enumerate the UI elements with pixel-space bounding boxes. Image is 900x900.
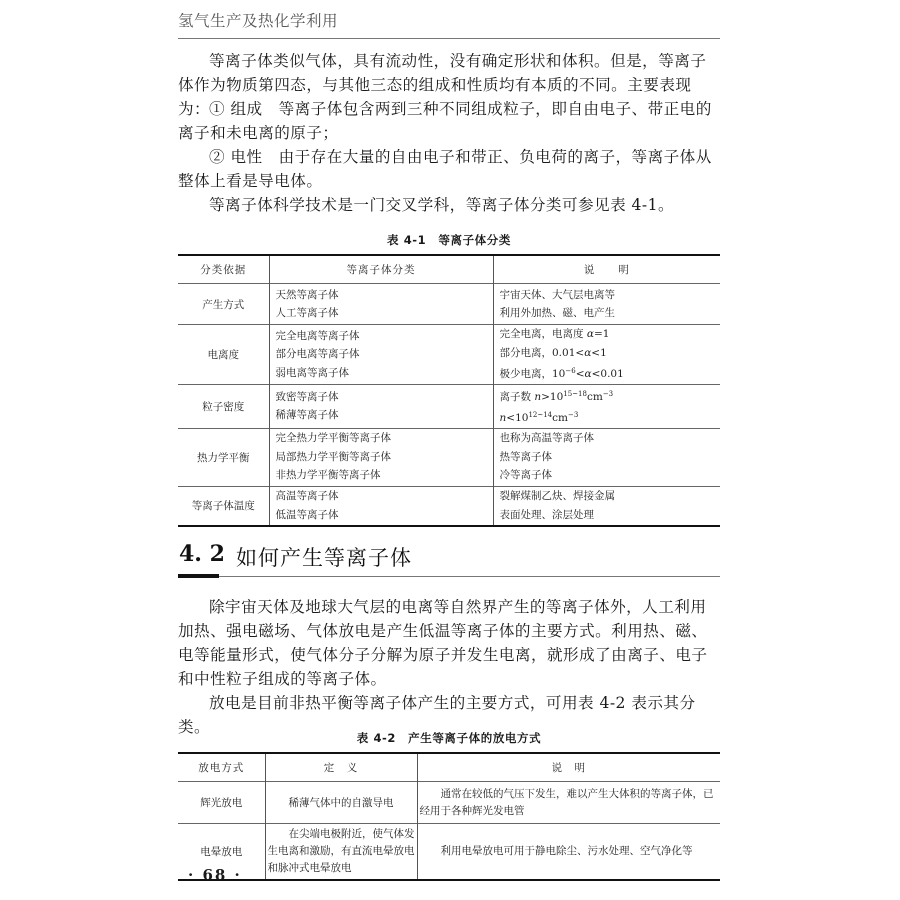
page-number: · 68 · [188, 866, 242, 884]
definition-cell: 稀薄气体中的自激导电 [265, 782, 417, 824]
table-header-row: 分类依据 等离子体分类 说 明 [178, 255, 720, 284]
notes-cell: 完全电离，电离度 α=1 部分电离，0.01<α<1 极少电离，10−6<α<0… [493, 325, 720, 385]
notes-cell: 宇宙天体、大气层电离等 利用外加热、磁、电产生 [493, 284, 720, 325]
notes-cell: 离子数 n>1015~18cm−3 n<1012~14cm−3 [493, 384, 720, 428]
note-line: 离子数 n>1015~18cm−3 [500, 385, 715, 407]
basis-cell: 粒子密度 [178, 384, 269, 428]
paragraph-conductivity: ② 电性 由于存在大量的自由电子和带正、负电荷的离子，等离子体从整体上看是导电体… [178, 145, 720, 193]
types-cell: 高温等离子体 低温等离子体 [269, 486, 493, 526]
note-line: 完全电离，电离度 α=1 [500, 325, 715, 344]
note-line: 极少电离，10−6<α<0.01 [500, 362, 715, 384]
table-row: 电晕放电 在尖端电极附近，使气体发生电离和激励，有直流电晕放电和脉冲式电晕放电 … [178, 824, 720, 880]
paragraph-generation: 除宇宙天体及地球大气层的电离等自然界产生的等离子体外，人工利用加热、强电磁场、气… [178, 595, 720, 691]
table-row: 热力学平衡 完全热力学平衡等离子体 局部热力学平衡等离子体 非热力学平衡等离子体… [178, 428, 720, 486]
table-header-row: 放电方式 定 义 说 明 [178, 753, 720, 782]
column-header: 分类依据 [178, 255, 269, 284]
table2-caption: 表 4-2 产生等离子体的放电方式 [178, 730, 720, 746]
note-cell: 通常在较低的气压下发生，难以产生大体积的等离子体，已经用于各种辉光发电管 [417, 782, 720, 824]
column-header: 说 明 [493, 255, 720, 284]
table-row: 产生方式 天然等离子体 人工等离子体 宇宙天体、大气层电离等 利用外加热、磁、电… [178, 284, 720, 325]
table1-caption: 表 4-1 等离子体分类 [178, 232, 720, 248]
column-header: 放电方式 [178, 753, 265, 782]
basis-cell: 产生方式 [178, 284, 269, 325]
table-row: 电离度 完全电离等离子体 部分电离等离子体 弱电离等离子体 完全电离，电离度 α… [178, 325, 720, 385]
paragraph-composition: ① 组成 等离子体包含两到三种不同组成粒子，即自由电子、带正电的离子和未电离的原… [178, 97, 720, 145]
basis-cell: 电离度 [178, 325, 269, 385]
section-bar [178, 574, 219, 578]
section-number: 4. 2 [179, 541, 225, 567]
note-cell: 利用电晕放电可用于静电除尘、污水处理、空气净化等 [417, 824, 720, 880]
table-plasma-classification: 分类依据 等离子体分类 说 明 产生方式 天然等离子体 人工等离子体 宇宙天体、… [178, 254, 720, 527]
paragraph-table-ref: 等离子体科学技术是一门交叉学科，等离子体分类可参见表 4-1。 [178, 193, 720, 217]
column-header: 定 义 [265, 753, 417, 782]
header-rule [178, 38, 720, 39]
section-heading: 4. 2 如何产生等离子体 [178, 541, 720, 581]
table-discharge-modes: 放电方式 定 义 说 明 辉光放电 稀薄气体中的自激导电 通常在较低的气压下发生… [178, 752, 720, 881]
running-head: 氢气生产及热化学利用 [178, 9, 338, 31]
table-row: 辉光放电 稀薄气体中的自激导电 通常在较低的气压下发生，难以产生大体积的等离子体… [178, 782, 720, 824]
table-row: 粒子密度 致密等离子体 稀薄等离子体 离子数 n>1015~18cm−3 n<1… [178, 384, 720, 428]
mode-cell: 辉光放电 [178, 782, 265, 824]
definition-cell: 在尖端电极附近，使气体发生电离和激励，有直流电晕放电和脉冲式电晕放电 [265, 824, 417, 880]
types-cell: 完全热力学平衡等离子体 局部热力学平衡等离子体 非热力学平衡等离子体 [269, 428, 493, 486]
basis-cell: 热力学平衡 [178, 428, 269, 486]
notes-cell: 裂解煤制乙炔、焊接金属 表面处理、涂层处理 [493, 486, 720, 526]
table-row: 等离子体温度 高温等离子体 低温等离子体 裂解煤制乙炔、焊接金属 表面处理、涂层… [178, 486, 720, 526]
types-cell: 天然等离子体 人工等离子体 [269, 284, 493, 325]
types-cell: 致密等离子体 稀薄等离子体 [269, 384, 493, 428]
types-cell: 完全电离等离子体 部分电离等离子体 弱电离等离子体 [269, 325, 493, 385]
section-rule [219, 576, 720, 577]
section-title: 如何产生等离子体 [236, 542, 412, 572]
notes-cell: 也称为高温等离子体 热等离子体 冷等离子体 [493, 428, 720, 486]
column-header: 等离子体分类 [269, 255, 493, 284]
note-line: 部分电离，0.01<α<1 [500, 344, 715, 363]
column-header: 说 明 [417, 753, 720, 782]
note-line: n<1012~14cm−3 [500, 406, 715, 428]
basis-cell: 等离子体温度 [178, 486, 269, 526]
